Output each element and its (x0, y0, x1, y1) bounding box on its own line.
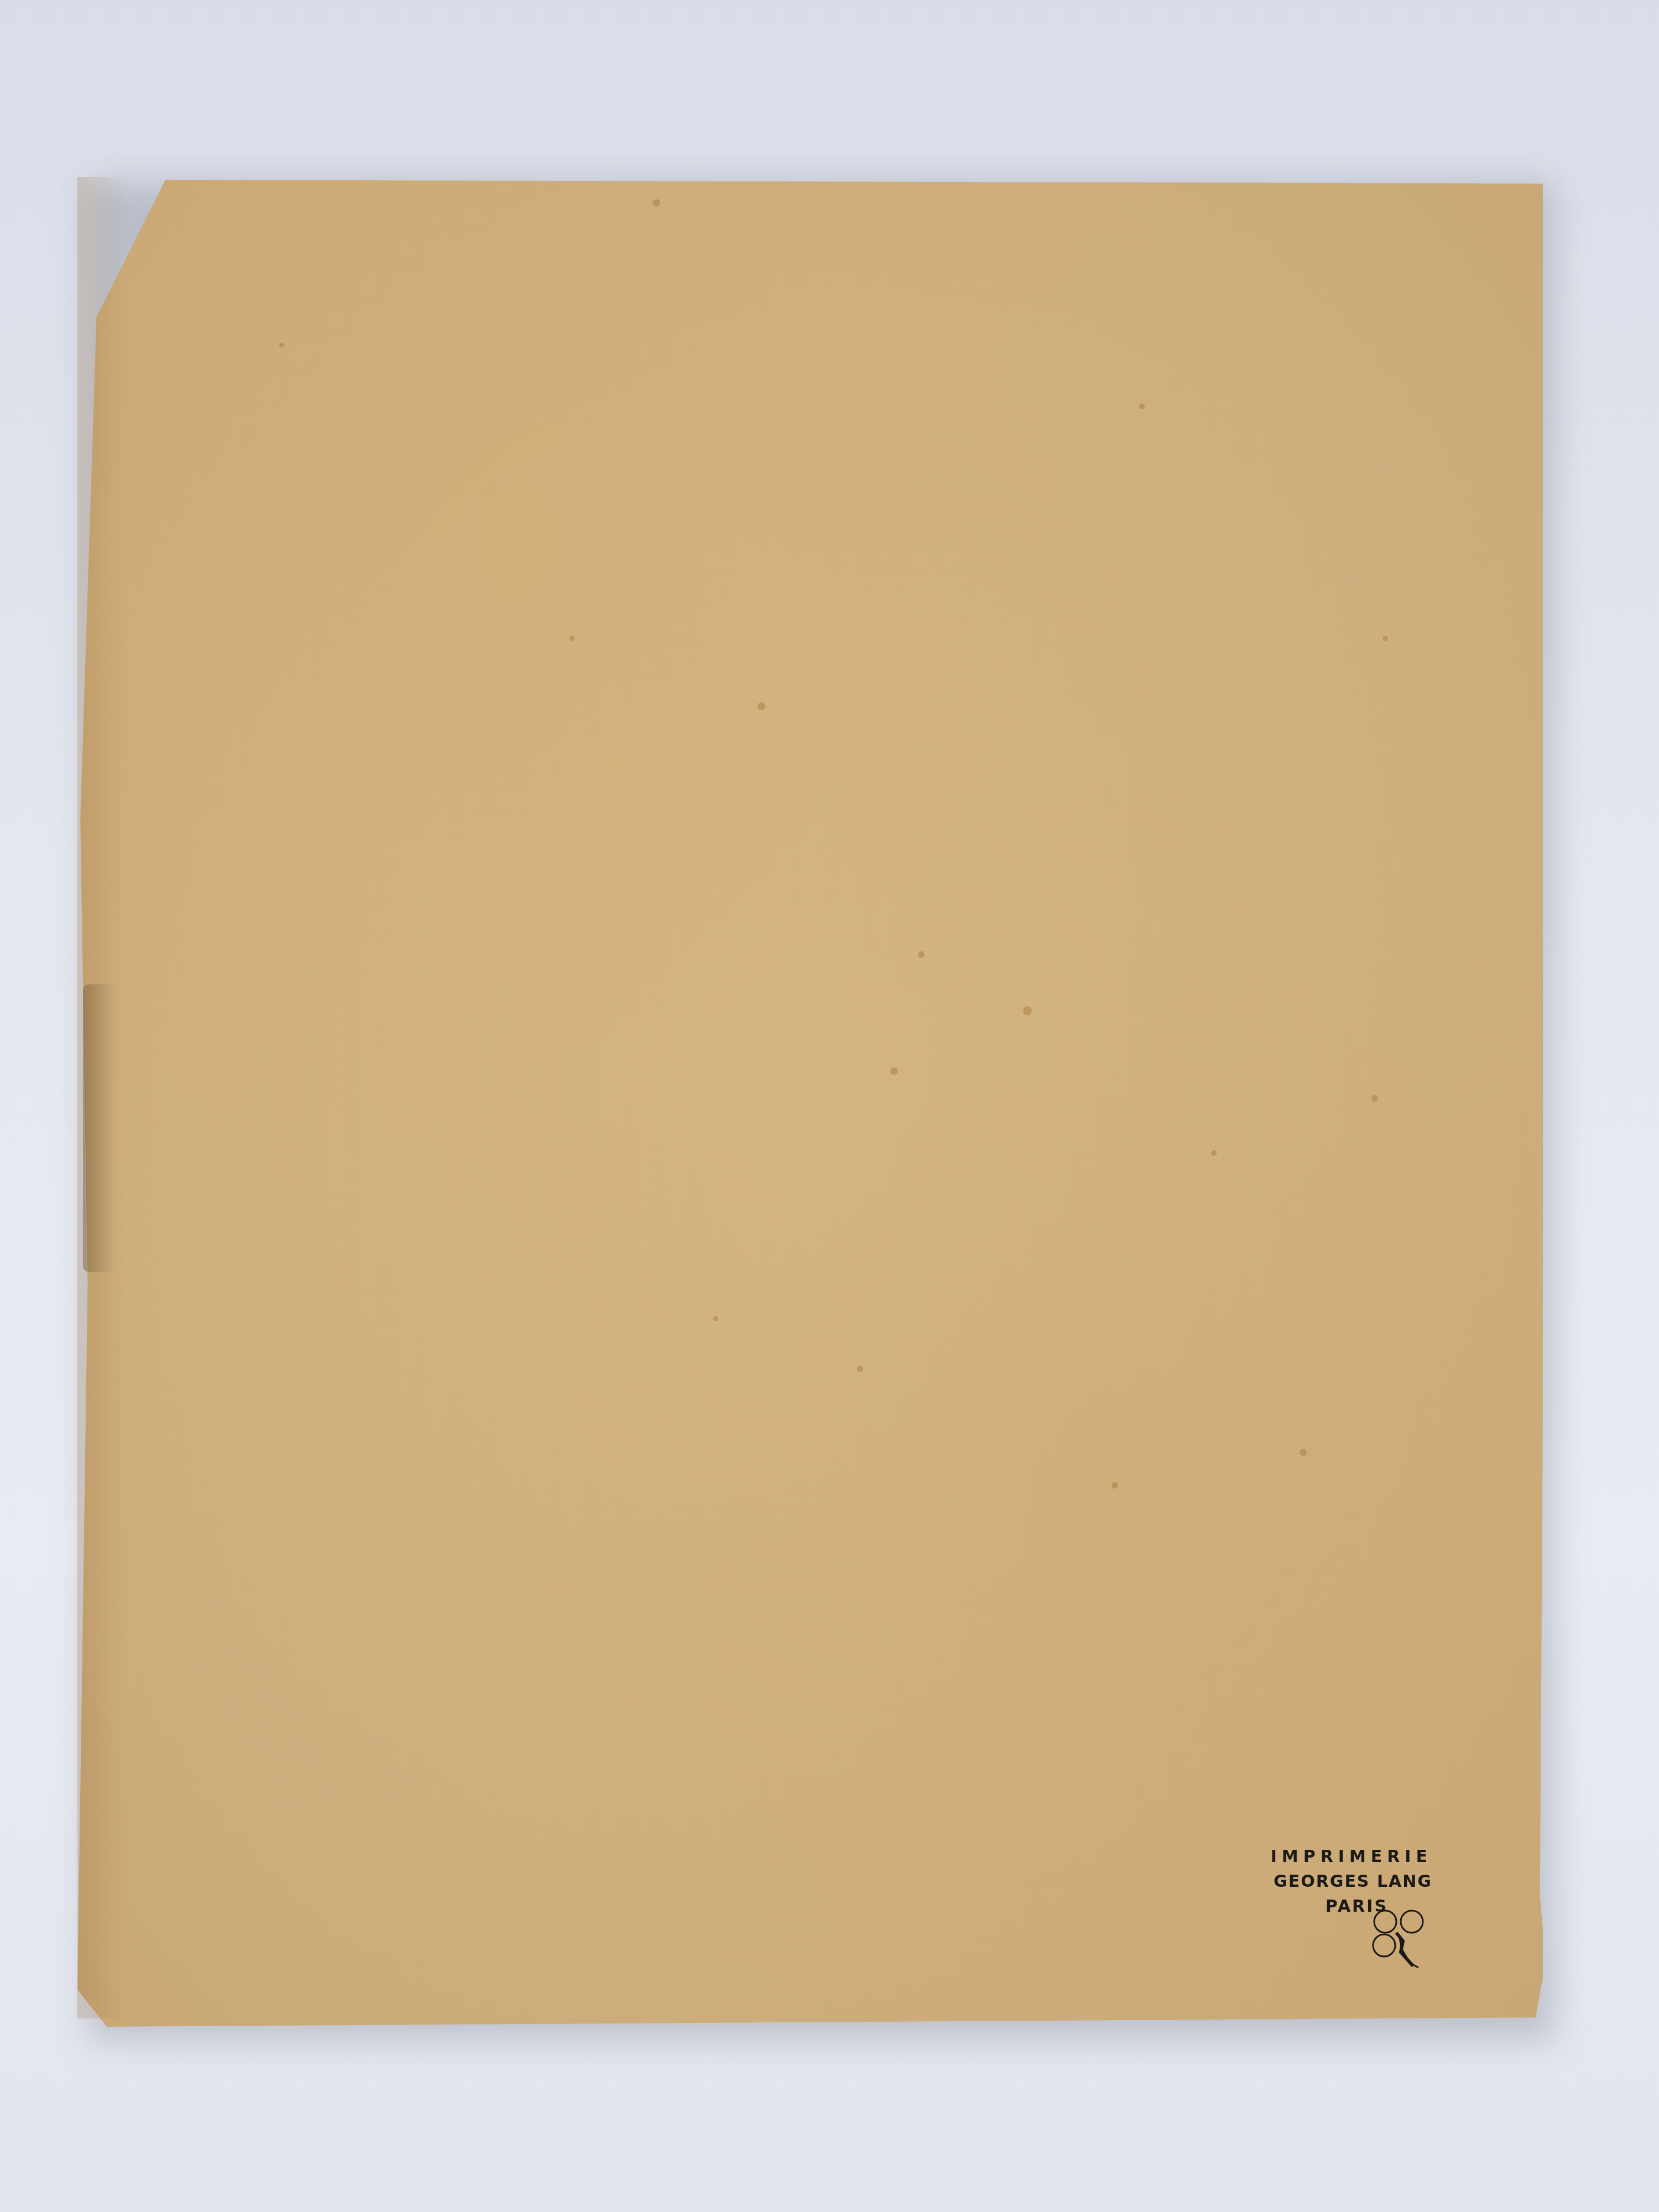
book-back-cover (77, 169, 1543, 2027)
imprint-line-printer-name: GEORGES LANG (1266, 1872, 1432, 1891)
imprint-line-imprimerie: IMPRIMERIE (1266, 1847, 1432, 1866)
printer-imprint: IMPRIMERIE GEORGES LANG PARIS (1266, 1847, 1432, 1916)
clover-mark-icon (1369, 1908, 1430, 1974)
spine-fold-damage (83, 984, 116, 1272)
